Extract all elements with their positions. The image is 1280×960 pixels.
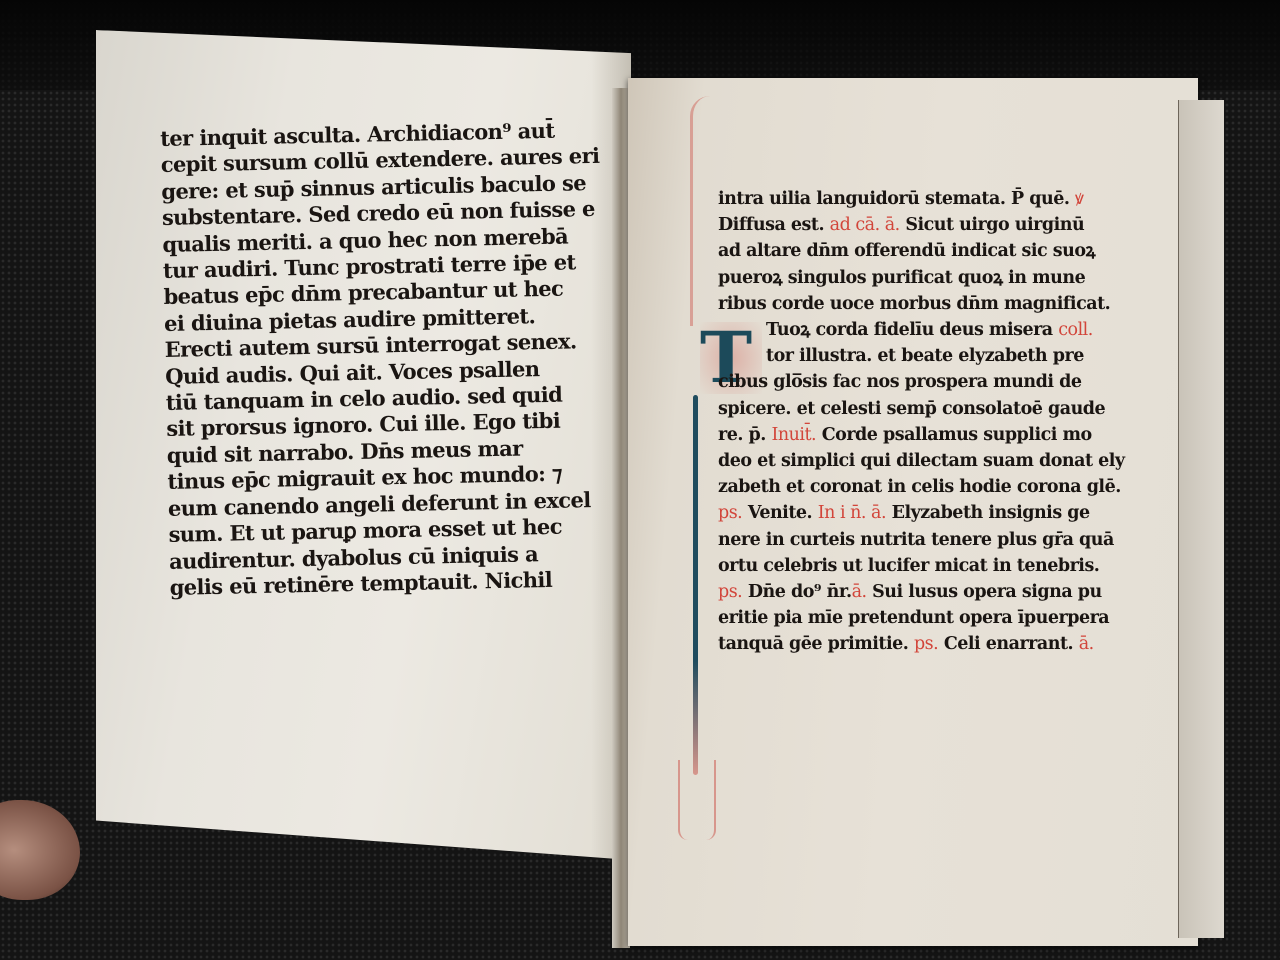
right-page-fold-edge [1178, 100, 1224, 938]
rubric: In i n̄. ā. [818, 503, 886, 523]
rubric: ad cā. ā. [830, 215, 900, 235]
text-line: intra uilia languidorū stemata. P̄ quē. … [718, 186, 1125, 212]
text: Venite. [748, 503, 812, 523]
text-line: ortu celebris ut lucifer micat in tenebr… [718, 553, 1125, 579]
text-line: zabeth et coronat in celis hodie corona … [718, 474, 1125, 500]
penwork-flourish-stem [693, 395, 698, 775]
text-line: re. p̄. Inuit̄. Corde psallamus supplici… [718, 422, 1125, 448]
text-line: eritie pia mīe pretendunt opera īpuerper… [718, 605, 1125, 631]
rubric: Inuit̄. [771, 425, 816, 445]
text: intra uilia languidorū stemata. P̄ quē. [718, 189, 1069, 209]
text-line: Tuoꝝ corda fidelīu deus misera coll. [718, 317, 1125, 343]
photo-scene: T ter inquit asculta. Archidiacon⁹ aut̄ … [0, 0, 1280, 960]
text: Sicut uirgo uirginū [905, 215, 1084, 235]
left-page-text: ter inquit asculta. Archidiacon⁹ aut̄ ce… [160, 117, 609, 601]
text: Diffusa est. [718, 215, 824, 235]
text: Celi enarrant. [944, 634, 1073, 654]
text-line: ad altare dn̄m offerendū indicat sic suo… [718, 238, 1125, 264]
rubric: ps. [718, 503, 742, 523]
thumb-holding-page [0, 800, 80, 900]
rubric: ps. [914, 634, 938, 654]
rubric: ā. [852, 582, 867, 602]
text: Tuoꝝ corda fidelīu deus misera [766, 320, 1053, 340]
right-page-text: intra uilia languidorū stemata. P̄ quē. … [718, 186, 1125, 658]
text-line: ps. Venite. In i n̄. ā. Elyzabeth insign… [718, 500, 1125, 526]
text: Dn̄e do⁹ n̄r. [748, 582, 852, 602]
text-line: pueroꝝ singulos purificat quoꝝ in mune [718, 265, 1125, 291]
text-line: cibus glo̅sis fac nos prospera mundi de [718, 369, 1125, 395]
text: tanquā gēe primitie. [718, 634, 908, 654]
text-line: ribus corde uoce morbus dn̄m magnificat. [718, 291, 1125, 317]
rubric: coll. [1058, 320, 1093, 340]
text: Elyzabeth insignis ge [892, 503, 1090, 523]
text-line: tanquā gēe primitie. ps. Celi enarrant. … [718, 631, 1125, 657]
text-line: deo et simplici qui dilectam suam donat … [718, 448, 1125, 474]
rubric: ā. [1079, 634, 1094, 654]
text: re. p̄. [718, 425, 766, 445]
text: Sui lusus opera signa pu [872, 582, 1102, 602]
rubric: ps. [718, 582, 742, 602]
text-line: nere in curteis nutrita tenere plus gr̄a… [718, 527, 1125, 553]
penwork-flourish-foot [678, 760, 716, 840]
text-line: ps. Dn̄e do⁹ n̄r.ā. Sui lusus opera sign… [718, 579, 1125, 605]
text-line: spicere. et celesti semp̄ consolatoē gau… [718, 396, 1125, 422]
rubric: ꝟ [1075, 189, 1083, 209]
text-line: Diffusa est. ad cā. ā. Sicut uirgo uirgi… [718, 212, 1125, 238]
text-line: tor illustra. et beate elyzabeth pre [718, 343, 1125, 369]
text: Corde psallamus supplici mo [822, 425, 1092, 445]
